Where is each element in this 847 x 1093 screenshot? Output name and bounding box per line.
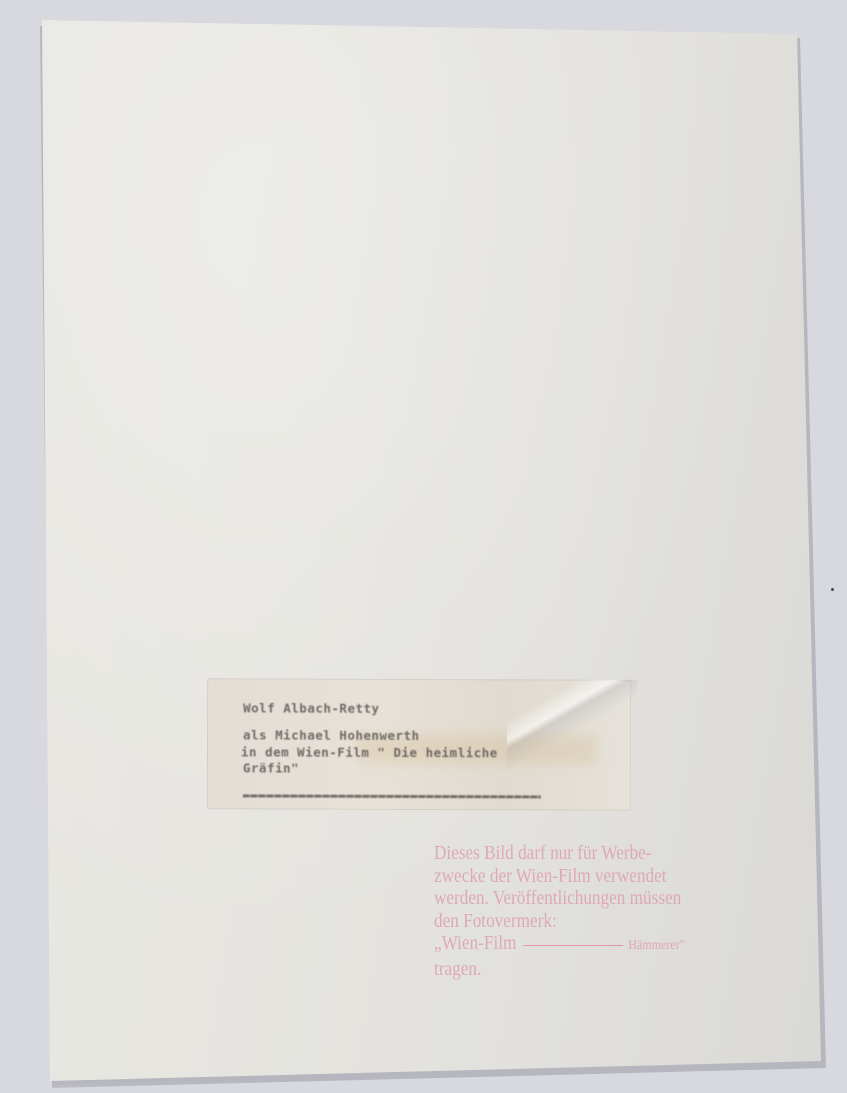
film-line: in dem Wien-Film " Die heimliche [241,744,498,760]
stamp-line-1: Dieses Bild darf nur für Werbe- [434,842,744,865]
stamp-credit-line: „Wien-FilmHämmerer" [434,932,744,958]
typed-caption-label: Wolf Albach-Retty als Michael Hohenwerth… [207,678,631,810]
role-line: als Michael Hohenwerth [243,727,420,743]
stamp-closing: tragen. [434,958,744,981]
credit-prefix: „Wien-Film [434,932,516,954]
stamp-line-3: werden. Veröffentlichungen müssen [434,887,744,910]
photographer-name: Hämmerer" [628,938,684,953]
credit-blank-line [523,945,623,946]
label-crease [507,679,637,810]
actor-name: Wolf Albach-Retty [243,700,379,715]
stamp-line-2: zwecke der Wien-Film verwendet [434,865,744,888]
stamp-line-4: den Fotovermerk: [434,910,744,933]
film-title-end: Gräfin" [243,760,299,775]
usage-rights-stamp: Dieses Bild darf nur für Werbe- zwecke d… [434,842,744,980]
typed-underline [243,794,541,798]
dust-speck [831,588,834,591]
